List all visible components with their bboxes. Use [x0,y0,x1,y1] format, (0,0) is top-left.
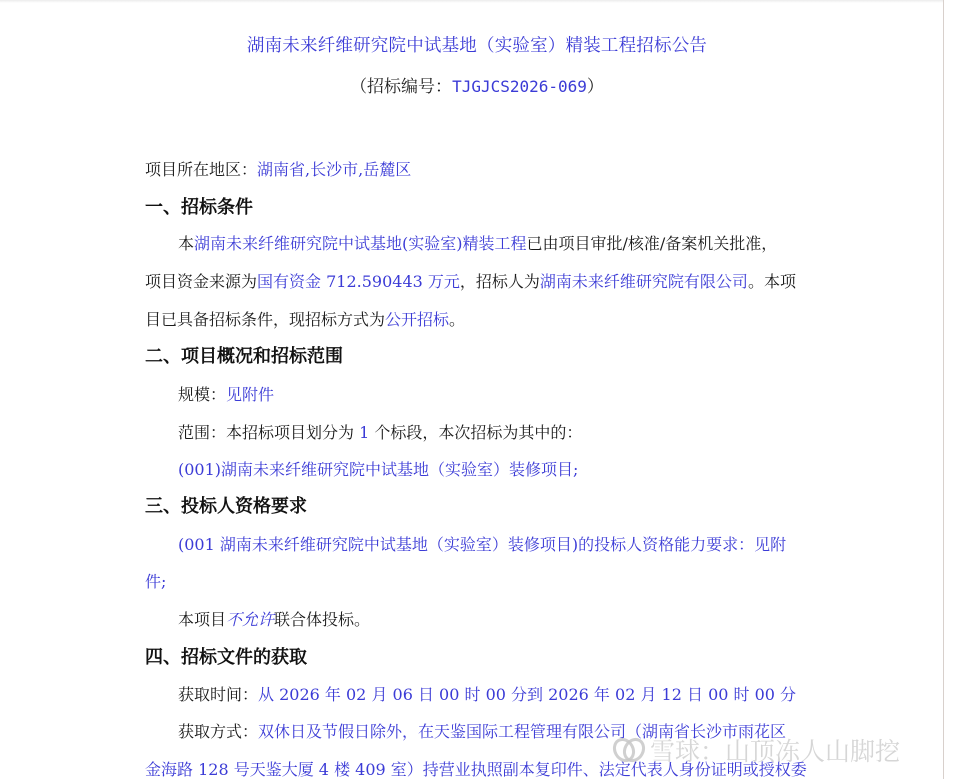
bid-number: TJGJCS2026-069 [452,77,587,96]
text-fragment: 本项目 [178,610,226,629]
watermark: 雪球：山顶冻人山脚挖 [612,732,900,768]
scope-line: 范围：本招标项目划分为 1 个标段，本次招标为其中的： [178,422,582,444]
scale-line: 规模：见附件 [178,384,274,406]
tender-method: 公开招标 [385,310,449,329]
section-heading-1: 一、招标条件 [145,196,253,220]
section-heading-2: 二、项目概况和招标范围 [145,345,343,369]
document-subtitle: （招标编号：TJGJCS2026-069） [0,72,954,97]
subtitle-prefix: （招标编号： [350,77,452,97]
text-fragment: 。本项 [748,272,796,291]
document-page: 湖南未来纤维研究院中试基地（实验室）精装工程招标公告 （招标编号：TJGJCS2… [0,0,942,779]
section-heading-4: 四、招标文件的获取 [145,646,307,670]
text-fragment: 范围：本招标项目划分为 [178,423,354,442]
text-fragment: 已由项目审批/核准/备案机关批准， [527,234,778,253]
scale-label: 规模： [178,385,226,404]
fund-source: 国有资金 712.590443 万元 [257,272,460,291]
region-label: 项目所在地区： [145,160,257,179]
page-right-border [943,0,954,779]
text-fragment: 目已具备招标条件，现招标方式为 [145,310,385,329]
lot-count: 1 [354,423,374,442]
tenderer-name: 湖南未来纤维研究院有限公司 [540,272,748,291]
section1-para-line1: 本湖南未来纤维研究院中试基地(实验室)精装工程已由项目审批/核准/备案机关批准， [178,233,777,255]
method-label: 获取方式： [178,722,258,741]
section1-para-line2: 项目资金来源为国有资金 712.590443 万元，招标人为湖南未来纤维研究院有… [145,271,796,293]
document-title: 湖南未来纤维研究院中试基地（实验室）精装工程招标公告 [0,32,954,57]
scale-value: 见附件 [226,385,274,404]
qualification-line1: (001 湖南未来纤维研究院中试基地（实验室）装修项目)的投标人资格能力要求：见… [178,534,786,556]
project-name: 湖南未来纤维研究院中试基地(实验室)精装工程 [194,234,527,253]
qualification-line2: 件; [145,571,166,593]
text-fragment: 联合体投标。 [274,610,370,629]
watermark-text: 雪球：山顶冻人山脚挖 [650,732,900,768]
snowball-logo-icon [612,736,646,764]
text-fragment: ，招标人为 [460,272,540,291]
time-value: 从 2026 年 02 月 06 日 00 时 00 分到 2026 年 02 … [258,685,796,704]
text-fragment: 本 [178,234,194,253]
section1-para-line3: 目已具备招标条件，现招标方式为公开招标。 [145,309,465,331]
acquisition-time-line: 获取时间：从 2026 年 02 月 06 日 00 时 00 分到 2026 … [178,684,796,706]
consortium-value: 不允许 [226,610,274,629]
subtitle-suffix: ） [587,77,604,97]
region-value: 湖南省,长沙市,岳麓区 [257,160,411,179]
text-fragment: 项目资金来源为 [145,272,257,291]
text-fragment: 个标段，本次招标为其中的： [374,423,582,442]
consortium-line: 本项目不允许联合体投标。 [178,609,370,631]
text-fragment: 。 [449,310,465,329]
project-region: 项目所在地区：湖南省,长沙市,岳麓区 [145,159,411,181]
time-label: 获取时间： [178,685,258,704]
lot-item: (001)湖南未来纤维研究院中试基地（实验室）装修项目; [178,459,578,481]
section-heading-3: 三、投标人资格要求 [145,495,307,519]
